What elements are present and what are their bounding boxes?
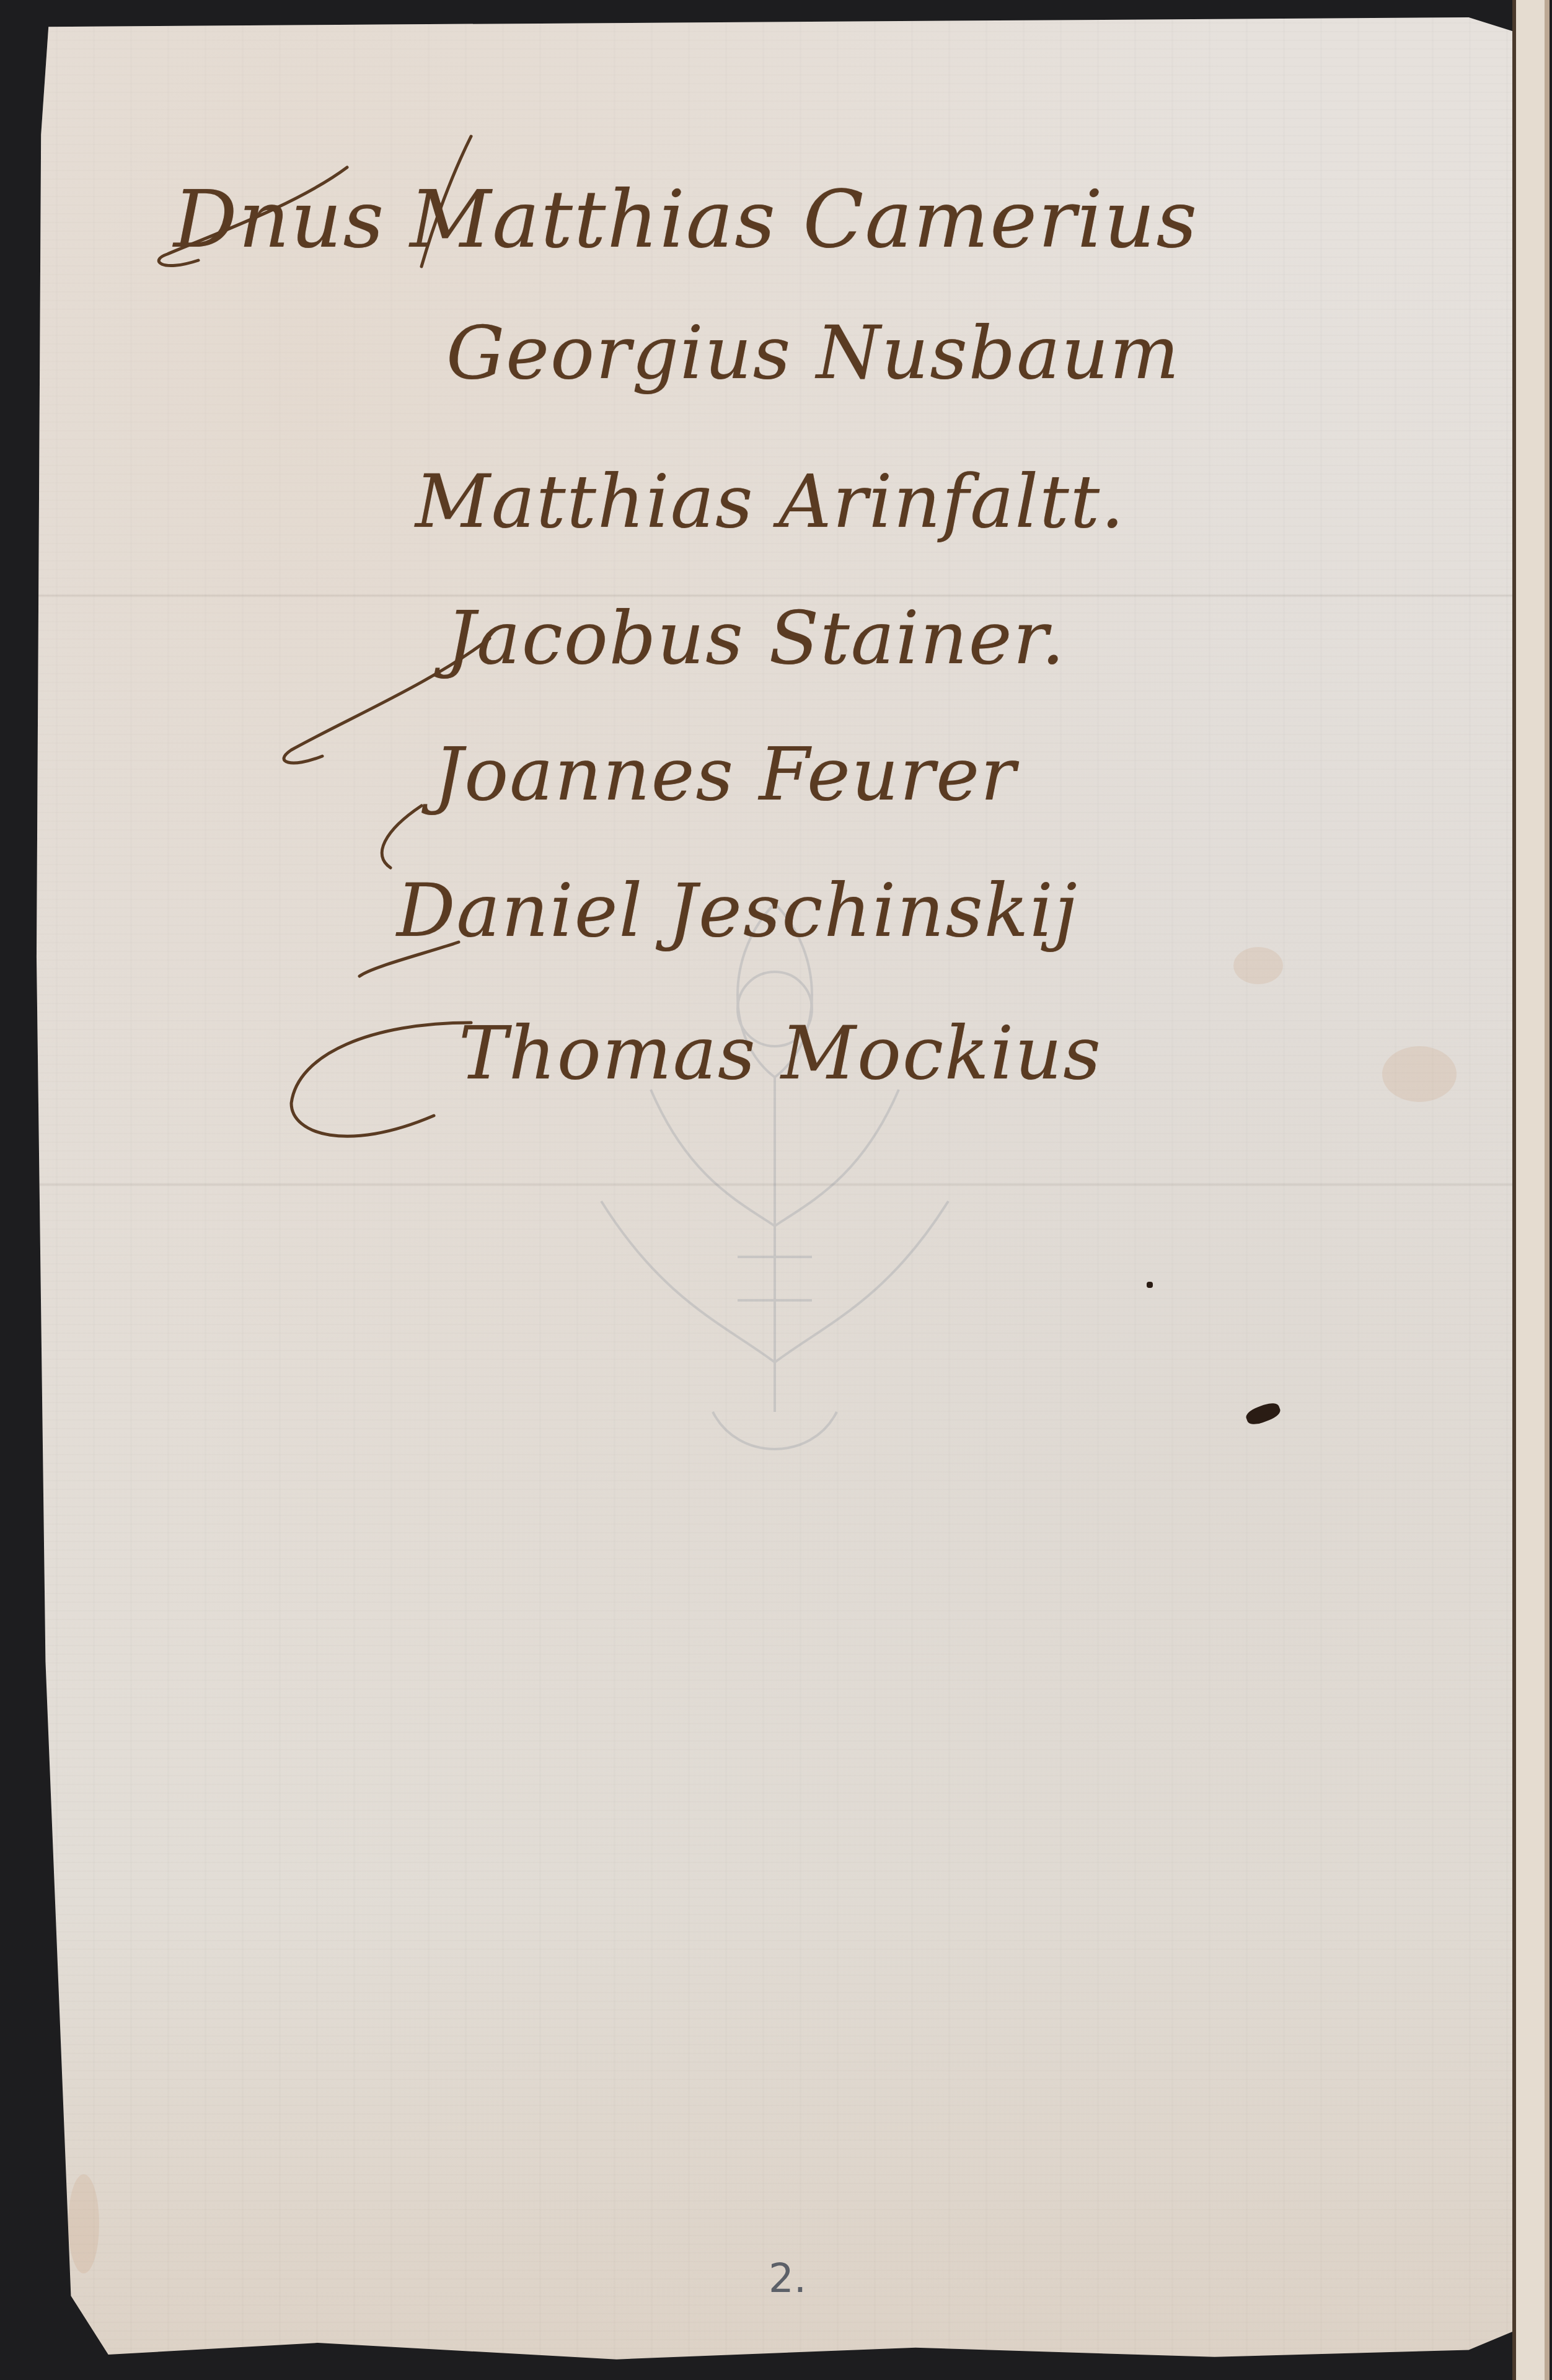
- name-line: Jacobus Stainer.: [446, 595, 1066, 681]
- name-line: Joannes Feurer: [434, 731, 1016, 817]
- name: Matthias Camerius: [410, 174, 1198, 266]
- page-number: 2.: [769, 2256, 806, 2302]
- names-list: DnusMatthias Camerius Georgius Nusbaum M…: [0, 0, 1552, 2380]
- name-line: Thomas Mockius: [459, 1010, 1102, 1096]
- name: Thomas Mockius: [459, 1010, 1102, 1096]
- name: Jacobus Stainer.: [446, 595, 1066, 681]
- name: Georgius Nusbaum: [446, 310, 1180, 395]
- header-name-line: DnusMatthias Camerius: [174, 174, 1198, 266]
- name: Joannes Feurer: [434, 731, 1016, 817]
- name: Daniel Jeschinskij: [397, 868, 1078, 953]
- honorific: Dnus: [174, 174, 385, 266]
- name: Matthias Arinfaltt.: [415, 459, 1126, 544]
- name-line: Daniel Jeschinskij: [397, 868, 1078, 953]
- name-line: Georgius Nusbaum: [446, 310, 1180, 395]
- name-line: Matthias Arinfaltt.: [415, 459, 1126, 544]
